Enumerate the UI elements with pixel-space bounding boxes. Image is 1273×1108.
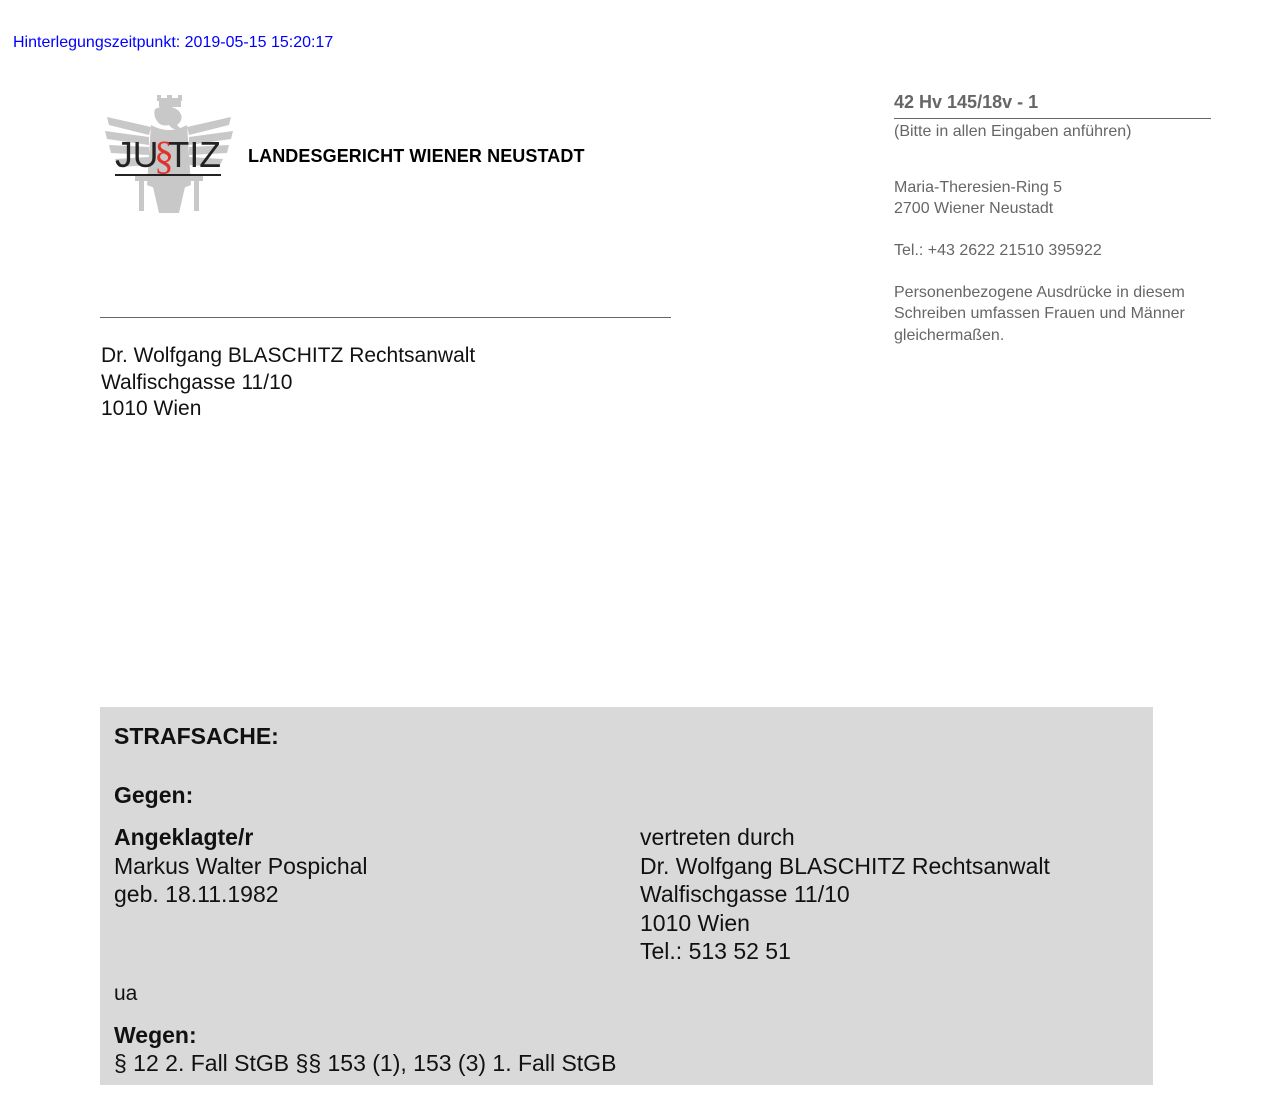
court-telephone: Tel.: +43 2622 21510 395922 (894, 240, 1211, 261)
accused-birthdate: geb. 18.11.1982 (114, 880, 368, 909)
counsel-line: Dr. Wolfgang BLASCHITZ Rechtsanwalt (640, 852, 1050, 881)
recipient-address: Dr. Wolfgang BLASCHITZ Rechtsanwalt Walf… (101, 343, 475, 423)
against-label: Gegen: (114, 782, 193, 809)
accused-block: Angeklagte/r Markus Walter Pospichal geb… (114, 823, 368, 909)
deposit-timestamp: Hinterlegungszeitpunkt: 2019-05-15 15:20… (13, 34, 333, 52)
recipient-line: 1010 Wien (101, 396, 475, 423)
justiz-eagle-icon: JU TIZ § (103, 95, 233, 215)
counsel-block: vertreten durch Dr. Wolfgang BLASCHITZ R… (640, 823, 1050, 966)
svg-text:§: § (154, 133, 174, 178)
counsel-intro: vertreten durch (640, 823, 1050, 852)
case-number-hint: (Bitte in allen Eingaben anführen) (894, 123, 1211, 141)
accused-name: Markus Walter Pospichal (114, 852, 368, 881)
court-info-sidebar: 42 Hv 145/18v - 1 (Bitte in allen Eingab… (894, 92, 1211, 346)
case-type-heading: STRAFSACHE: (114, 723, 279, 750)
case-number: 42 Hv 145/18v - 1 (894, 92, 1211, 119)
gender-note: Personenbezogene Ausdrücke in diesem Sch… (894, 282, 1194, 346)
court-address-line: Maria-Theresien-Ring 5 (894, 177, 1211, 198)
others-note: ua (114, 982, 137, 1006)
recipient-line: Dr. Wolfgang BLASCHITZ Rechtsanwalt (101, 343, 475, 370)
charges: § 12 2. Fall StGB §§ 153 (1), 153 (3) 1.… (114, 1050, 616, 1077)
court-address-line: 2700 Wiener Neustadt (894, 198, 1211, 219)
because-label: Wegen: (114, 1022, 197, 1049)
counsel-line: Walfischgasse 11/10 (640, 880, 1050, 909)
justiz-logo: JU TIZ § (103, 95, 233, 215)
counsel-line: 1010 Wien (640, 909, 1050, 938)
court-address: Maria-Theresien-Ring 5 2700 Wiener Neust… (894, 177, 1211, 219)
recipient-line: Walfischgasse 11/10 (101, 370, 475, 397)
accused-role: Angeklagte/r (114, 823, 368, 852)
court-name: LANDESGERICHT WIENER NEUSTADT (248, 146, 585, 167)
counsel-line: Tel.: 513 52 51 (640, 937, 1050, 966)
divider (100, 317, 671, 318)
case-details-box: STRAFSACHE: Gegen: Angeklagte/r Markus W… (100, 707, 1153, 1085)
